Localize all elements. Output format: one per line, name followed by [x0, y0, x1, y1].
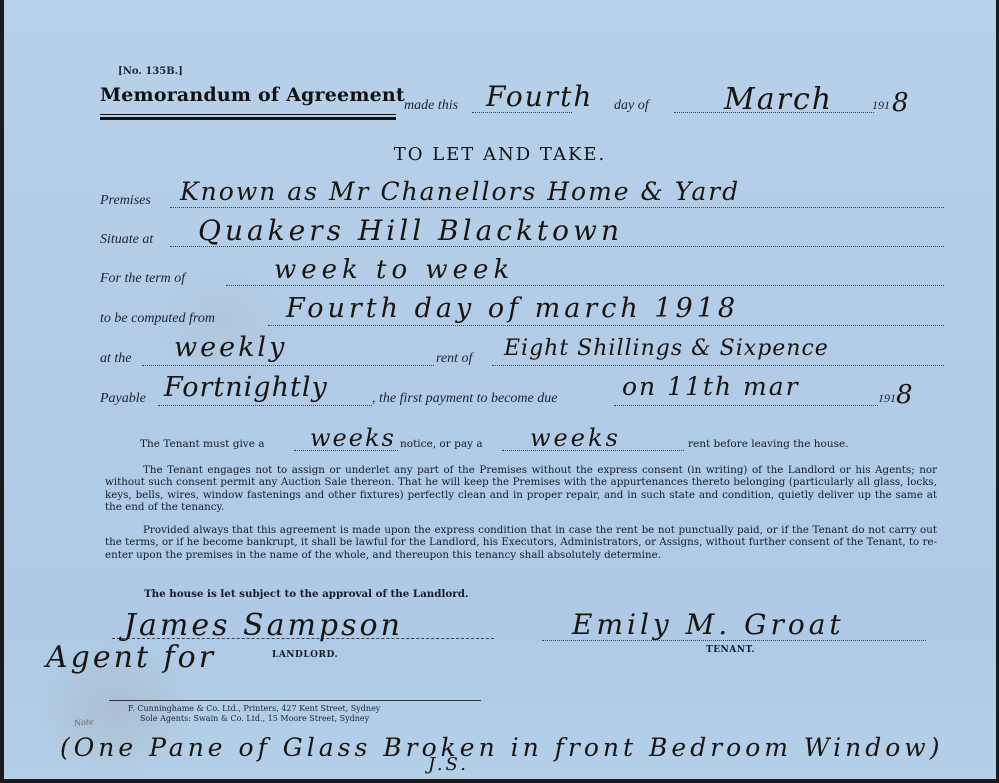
term-label: For the term of [100, 271, 185, 287]
year-prefix: 191 [872, 98, 890, 113]
heading: TO LET AND TAKE. [4, 144, 996, 165]
first-payment-label: , the first payment to become due [372, 391, 557, 407]
at-the-line [142, 365, 434, 366]
notice-value: weeks [310, 424, 396, 452]
day-of-label: day of [614, 98, 649, 114]
landlord-signature: James Sampson [124, 608, 403, 643]
term-line [226, 285, 944, 286]
rent-of-line [492, 365, 944, 366]
year-suffix: 8 [892, 88, 911, 118]
payable-value: Fortnightly [164, 372, 328, 403]
payable-label: Payable [100, 391, 146, 407]
situate-value: Quakers Hill Blacktown [198, 214, 623, 247]
document-title: Memorandum of Agreement [100, 84, 405, 106]
notice-middle: notice, or pay a [400, 438, 483, 450]
notice-suffix: rent before leaving the house. [688, 438, 849, 450]
initials: J.S. [428, 754, 469, 775]
at-the-label: at the [100, 351, 132, 367]
form-number: [No. 135B.] [118, 66, 183, 77]
title-underline-thick [100, 117, 396, 120]
landlord-agent-note: Agent for [46, 640, 216, 675]
premises-value: Known as Mr Chanellors Home & Yard [180, 177, 740, 206]
tenant-label: TENANT. [706, 645, 755, 655]
at-the-value: weekly [174, 332, 287, 363]
sole-agents-credit: Sole Agents: Swain & Co. Ltd., 15 Moore … [140, 714, 369, 724]
payable-line [158, 405, 372, 406]
month-value: March [724, 82, 833, 117]
clause-provided: Provided always that this agreement is m… [105, 524, 937, 561]
tenant-signature: Emily M. Groat [572, 608, 845, 641]
rent-of-value: Eight Shillings & Sixpence [504, 336, 829, 361]
situate-label: Situate at [100, 232, 153, 248]
premises-line [170, 207, 944, 208]
notice-rent-value: weeks [530, 424, 621, 452]
term-value: week to week [274, 255, 514, 285]
first-payment-value: on 11th mar [622, 372, 800, 401]
clause-assign: The Tenant engages not to assign or unde… [105, 464, 937, 513]
computed-label: to be computed from [100, 311, 215, 327]
first-payment-line [614, 405, 878, 406]
notice-prefix: The Tenant must give a [140, 438, 265, 450]
printer-credit: F. Cunninghame & Co. Ltd., Printers, 427… [128, 704, 380, 714]
title-underline [100, 114, 396, 115]
computed-value: Fourth day of march 1918 [286, 293, 739, 324]
approval-note: The house is let subject to the approval… [144, 588, 468, 600]
first-payment-year-prefix: 191 [878, 391, 896, 406]
handwritten-note: (One Pane of Glass Broken in front Bedro… [60, 733, 943, 762]
computed-line [268, 325, 944, 326]
agreement-document: [No. 135B.] Memorandum of Agreement made… [4, 0, 996, 779]
premises-label: Premises [100, 193, 151, 209]
first-payment-year-suffix: 8 [896, 380, 915, 410]
made-this-label: made this [404, 98, 458, 114]
day-value: Fourth [486, 80, 593, 113]
landlord-label: LANDLORD. [272, 650, 338, 660]
rent-of-label: rent of [436, 351, 472, 367]
footer-rule [109, 700, 481, 701]
